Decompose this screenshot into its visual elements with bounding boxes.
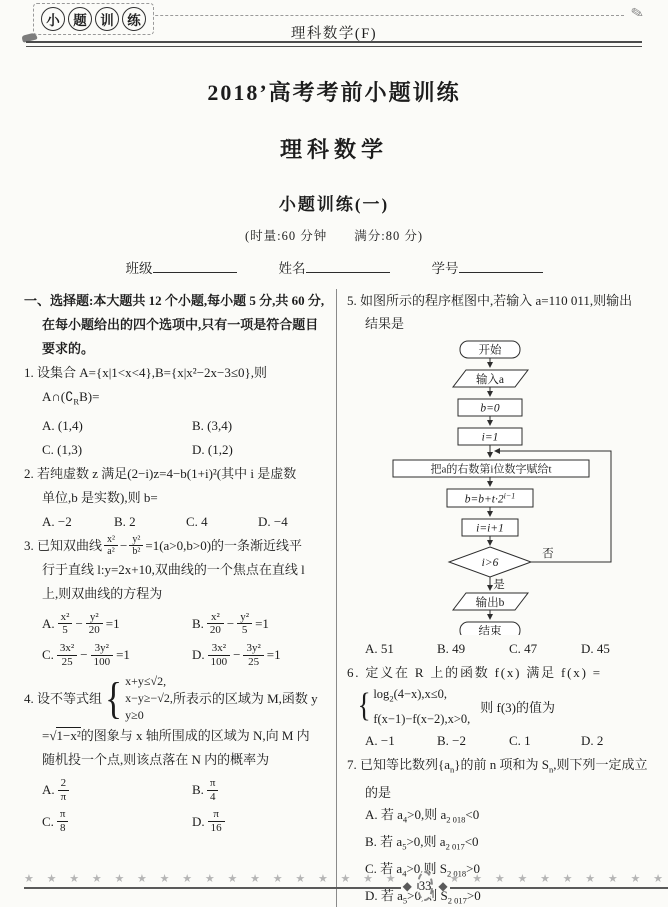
option: A. −1 [365,729,437,753]
option: D. (1,2) [192,438,330,462]
superscript: i−1 [504,492,516,501]
condition-label: i>6 [482,557,499,569]
numerator: x² [104,534,118,547]
fraction: y²b² [129,534,143,558]
system-line: x+y≤√2, [125,673,173,690]
name-field: 姓名 [279,257,390,277]
start-label: 开始 [479,343,502,357]
two-column-body: 一、选择题:本大题共 12 个小题,每小题 5 分,共 60 分, 在每小题给出… [24,289,644,907]
question-3: 3. 已知双曲线 x²a² − y²b² =1(a>0,b>0)的一条渐近线平 … [24,534,330,669]
option: A. 51 [365,637,437,661]
option-label: D. [192,814,205,830]
option: D. 45 [581,637,653,661]
question-text: 的是 [347,781,653,804]
options: A. 51 B. 49 C. 47 D. 45 [347,637,653,661]
no-label: 否 [542,547,554,560]
option: D. π16 [192,808,330,834]
question-text: 行于直线 l:y=2x+10,双曲线的一个焦点在直线 l [24,558,330,582]
footer-left-segment: ★ ★ ★ ★ ★ ★ ★ ★ ★ ★ ★ ★ ★ ★ ★ ★ ★ [24,872,401,889]
instruction-line: 在每小题给出的四个选项中,只有一项是符合题目 [24,313,330,337]
star-row: ★ ★ ★ ★ ★ ★ ★ ★ ★ ★ ★ ★ ★ ★ ★ ★ ★ [450,872,668,889]
fraction: x²5 [58,611,73,637]
fraction: 3y²100 [91,642,114,668]
footer-right-segment: ★ ★ ★ ★ ★ ★ ★ ★ ★ ★ ★ ★ ★ ★ ★ ★ ★ [450,872,668,889]
i-init-label: i=1 [482,432,499,444]
section-title: 小题训练(一) [0,190,668,215]
student-id-field: 学号 [432,257,543,277]
diamond-icon: ◆ [438,879,447,894]
fraction: x²a² [104,534,118,558]
question-text: 2. 若纯虚数 z 满足(2−i)z=4−b(1+i)²(其中 i 是虚数 [24,462,330,486]
instruction-line: 要求的。 [24,337,330,361]
formula-part: B)= [79,389,99,404]
option: B. 若 a5>0,则 a2 017<0 [347,831,653,858]
fraction: 3x²25 [57,642,77,668]
options: A. 2π B. π4 [24,777,330,803]
fraction: 2π [58,777,70,803]
formula-part: =1 [116,647,130,663]
option: B. (3,4) [192,414,330,438]
option: D. −4 [258,510,330,534]
b-init-label: b=0 [480,403,500,415]
brace-glyph: { [358,689,371,723]
option-label: B. [192,616,204,632]
fraction: π16 [208,808,225,834]
question-text: 3. 已知双曲线 x²a² − y²b² =1(a>0,b>0)的一条渐近线平 [24,534,330,558]
assign-label: 把a的右数第i位数字赋给t [431,462,552,476]
exam-meta: (时量:60 分钟 满分:80 分) [0,226,668,244]
question-5: 5. 如图所示的程序框图中,若输入 a=110 011,则输出 结果是 [347,289,653,661]
options: A. −1 B. −2 C. 1 D. 2 [347,729,653,753]
student-id-blank [459,259,543,273]
page-header: ✎ 小 题 训 练 理科数学(F) [26,0,642,48]
option-label: C. [42,814,54,830]
piecewise-line: f(x−1)−f(x−2),x>0, [373,709,470,729]
increment-label: i=i+1 [476,523,504,535]
fraction: 3x²100 [208,642,231,668]
subject-title: 理科数学 [0,133,668,164]
numerator: y² [129,534,143,547]
option: C. 1 [509,729,581,753]
left-column: 一、选择题:本大题共 12 个小题,每小题 5 分,共 60 分, 在每小题给出… [24,289,336,907]
piecewise-lines: log2(4−x),x≤0, f(x−1)−f(x−2),x>0, [373,684,470,729]
option: A. −2 [42,510,114,534]
question-text: 6. 定义在 R 上的函数 f(x) 满足 f(x) = [347,661,653,684]
student-fields: 班级 姓名 学号 [0,257,668,277]
piecewise-line: log2(4−x),x≤0, [373,684,470,709]
option: A. (1,4) [42,414,192,438]
question-2: 2. 若纯虚数 z 满足(2−i)z=4−b(1+i)²(其中 i 是虚数 单位… [24,462,330,534]
instruction-line: 一、选择题:本大题共 12 个小题,每小题 5 分,共 60 分, [24,289,330,313]
option: C. 47 [509,637,581,661]
fraction: x²20 [207,611,224,637]
denominator: a² [104,546,118,558]
diamond-icon: ◆ [403,879,412,894]
question-text: 单位,b 是实数),则 b= [24,486,330,510]
operator: − [120,534,127,558]
denominator: b² [129,546,143,558]
radicand: 1−x² [56,727,80,743]
option: B. −2 [437,729,509,753]
option-label: A. [42,782,55,798]
question-4: 4. 设不等式组 { x+y≤√2, x−y≥−√2, y≥0 所表示的区域为 … [24,673,330,835]
options: C. 3x²25 − 3y²100 =1 D. 3x²100 − 3y²25 =… [24,642,330,668]
flowchart-svg: 开始 输入a b=0 i=1 把a的右数第i位数字赋给t b=b+t·2i−1 … [365,339,635,635]
question-text: 7. 已知等比数列{an}的前 n 项和为 Sn,则下列一定成立 [347,753,653,782]
option-label: D. [192,647,205,663]
page-number: 33 [419,879,432,894]
option: B. π4 [192,777,330,803]
option: C. π8 [42,808,192,834]
formula-part: =1 [106,616,120,632]
input-label: 输入a [476,372,504,386]
fraction: y²20 [86,611,103,637]
option: A. 若 a4>0,则 a2 018<0 [347,804,653,831]
name-label: 姓名 [279,261,306,276]
options: A. −2 B. 2 C. 4 D. −4 [24,510,330,534]
class-field: 班级 [126,257,237,277]
option: D. 3x²100 − 3y²25 =1 [192,642,330,668]
question-text: 4. 设不等式组 { x+y≤√2, x−y≥−√2, y≥0 所表示的区域为 … [24,673,330,724]
flowchart: 开始 输入a b=0 i=1 把a的右数第i位数字赋给t b=b+t·2i−1 … [347,339,653,635]
formula-part: =1(a>0,b>0)的一条渐近线平 [145,534,302,558]
fraction: π4 [207,777,219,803]
fraction: π8 [57,808,69,834]
question-text: 5. 如图所示的程序框图中,若输入 a=110 011,则输出 [347,289,653,312]
formula-part: =1 [255,616,269,632]
running-head-subject: 理科数学(F) [26,22,642,43]
operator: − [80,647,87,663]
question-text: 上,则双曲线的方程为 [24,582,330,606]
question-text: 则 f(3)的值为 [480,697,555,716]
exam-page: ✎ 小 题 训 练 理科数学(F) 2018’高考考前小题训练 理科数学 小题训… [0,0,668,907]
output-label: 输出b [476,595,505,609]
options: A. (1,4) B. (3,4) C. (1,3) D. (1,2) [24,414,330,462]
formula-part: 4. 设不等式组 [24,687,102,711]
piecewise-definition: { log2(4−x),x≤0, f(x−1)−f(x−2),x>0, 则 f(… [347,684,653,729]
fraction: y²5 [237,611,252,637]
system-line: x−y≥−√2, [125,690,173,707]
option: C. 3x²25 − 3y²100 =1 [42,642,192,668]
student-id-label: 学号 [432,261,459,276]
question-text: 结果是 [347,312,653,335]
page-title: 2018’高考考前小题训练 [0,76,668,107]
formula-part: A∩(∁ [42,389,73,404]
question-text: 1. 设集合 A={x|1<x<4},B={x|x²−2x−3≤0},则 [24,361,330,385]
option: C. (1,3) [42,438,192,462]
options: A. x²5 − y²20 =1 B. x²20 − y²5 =1 [24,611,330,637]
option: B. 2 [114,510,186,534]
class-blank [153,259,237,273]
yes-label: 是 [493,578,505,591]
star-row: ★ ★ ★ ★ ★ ★ ★ ★ ★ ★ ★ ★ ★ ★ ★ ★ ★ [24,872,401,889]
page-footer: ★ ★ ★ ★ ★ ★ ★ ★ ★ ★ ★ ★ ★ ★ ★ ★ ★ ◆ 33 ◆… [24,871,644,889]
brace-glyph: { [105,677,122,721]
options: C. π8 D. π16 [24,808,330,834]
system-line: y≥0 [125,707,173,724]
operator: − [227,616,234,632]
right-column: 5. 如图所示的程序框图中,若输入 a=110 011,则输出 结果是 [336,289,653,907]
question-text: 随机投一个点,则该点落在 N 内的概率为 [24,748,330,772]
inequality-system: x+y≤√2, x−y≥−√2, y≥0 [125,673,173,724]
option-label: C. [42,647,54,663]
option: A. x²5 − y²20 =1 [42,611,192,637]
class-label: 班级 [126,261,153,276]
option: A. 2π [42,777,192,803]
name-blank [306,259,390,273]
pencil-icon: ✎ [630,3,646,24]
option: C. 4 [186,510,258,534]
question-6: 6. 定义在 R 上的函数 f(x) 满足 f(x) = { log2(4−x)… [347,661,653,753]
option: B. x²20 − y²5 =1 [192,611,330,637]
question-text: A∩(∁RB)= [24,385,330,414]
fraction: 3y²25 [243,642,263,668]
end-label: 结束 [479,624,502,636]
double-rule [26,41,642,47]
option-label: A. [42,616,55,632]
question-text: =√1−x²的图象与 x 轴所围成的区域为 N,向 M 内 [24,724,330,748]
operator: − [75,616,82,632]
formula-part: 所表示的区域为 M,函数 y [173,687,318,711]
question-1: 1. 设集合 A={x|1<x<4},B={x|x²−2x−3≤0},则 A∩(… [24,361,330,462]
operator: − [233,647,240,663]
formula-part: =1 [267,647,281,663]
option: D. 2 [581,729,653,753]
formula-part: 3. 已知双曲线 [24,534,102,558]
option-label: B. [192,782,204,798]
option: B. 49 [437,637,509,661]
